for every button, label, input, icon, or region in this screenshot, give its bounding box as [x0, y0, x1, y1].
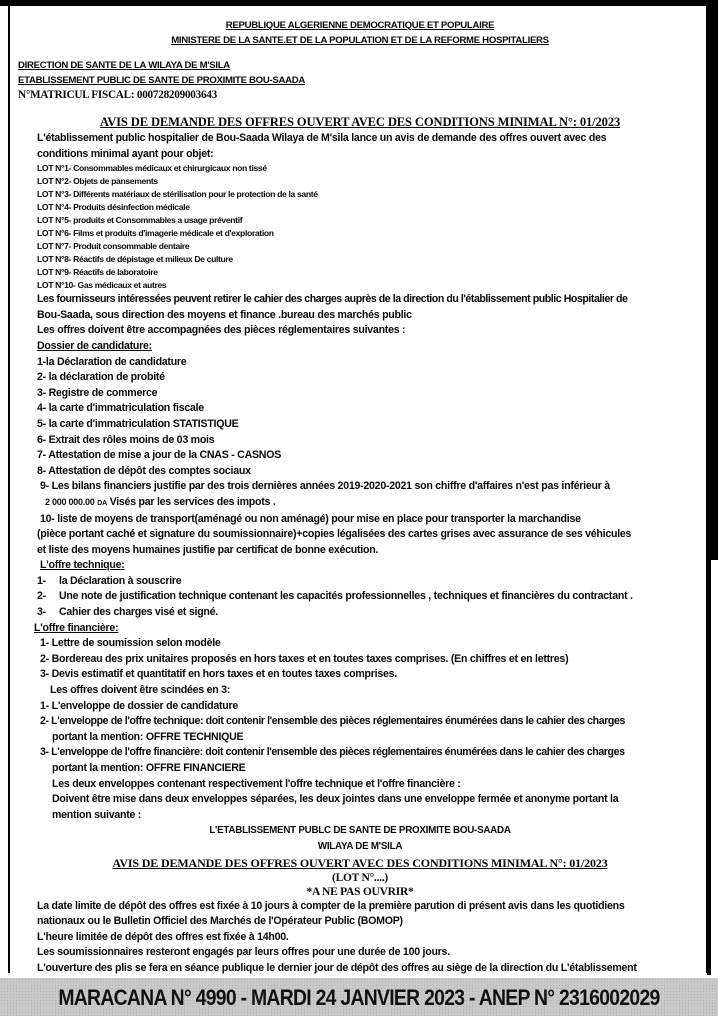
- ministry-header: MINISTERE DE LA SANTE.ET DE LA POPULATIO…: [10, 33, 710, 48]
- financial-item: 2- Bordereau des prix unitaires proposés…: [10, 652, 710, 668]
- announcement-page: REPUBLIQUE ALGERIENNE DEMOCRATIQUE ET PO…: [8, 6, 708, 973]
- dossier-item: 2- la déclaration de probité: [10, 370, 710, 386]
- amount-note: Visés par les services des impots .: [110, 496, 276, 508]
- technical-item: 1- la Déclaration à souscrire: [10, 574, 710, 590]
- direction-header: DIRECTION DE SANTE DE LA WILAYA DE M'SIL…: [10, 58, 710, 73]
- envelope-label-block: L'ETABLISSEMENT PUBLC DE SANTE DE PROXIM…: [10, 823, 710, 898]
- lots-list: LOT N°1- Consommables médicaux et chirur…: [10, 162, 710, 292]
- dossier-item: 6- Extrait des rôles moins de 03 mois: [10, 433, 710, 449]
- lot-item: LOT N°3- Différents matériaux de stérili…: [10, 188, 710, 201]
- dossier-item: 3- Registre de commerce: [10, 386, 710, 402]
- dossier-heading: Dossier de candidature:: [10, 339, 710, 355]
- dossier-item-10-line: et liste des moyens humaines justifie pa…: [10, 543, 710, 559]
- dossier-item-10-line: 10- liste de moyens de transport(aménagé…: [10, 512, 710, 528]
- dossier-item-10-line: (pièce portant caché et signature du sou…: [10, 527, 710, 543]
- lot-item: LOT N°6- Films et produits d'imagerie mé…: [10, 227, 710, 240]
- lot-item: LOT N°2- Objets de pansements: [10, 175, 710, 188]
- notice-title: AVIS DE DEMANDE DES OFFRES OUVERT AVEC D…: [10, 113, 710, 131]
- terms-line: L'heure limitée de dépôt des offres est …: [10, 930, 710, 946]
- envelope-item: 1- L'enveloppe de dossier de candidature: [10, 699, 710, 715]
- lot-item: LOT N°8- Réactifs de dépistage et milieu…: [10, 253, 710, 266]
- envelope-establishment: L'ETABLISSEMENT PUBLC DE SANTE DE PROXIM…: [10, 823, 710, 839]
- split-note: Les offres doivent être scindées en 3:: [10, 683, 710, 699]
- dossier-item: 8- Attestation de dépôt des comptes soci…: [10, 464, 710, 480]
- envelope-item: 3- L'enveloppe de l'offre financière: do…: [10, 745, 710, 761]
- dossier-item-10: 10- liste de moyens de transport(aménagé…: [10, 512, 710, 559]
- intro-line-1: L'établissement public hospitalier de Bo…: [10, 131, 710, 147]
- retrieval-line-1: Les fournisseurs intéressées peuvent ret…: [10, 292, 710, 308]
- republic-header: REPUBLIQUE ALGERIENNE DEMOCRATIQUE ET PO…: [10, 18, 710, 33]
- lot-item: LOT N°7- Produit consommable dentaire: [10, 240, 710, 253]
- lot-item: LOT N°10- Gas médicaux et autres: [10, 279, 710, 292]
- financial-item: 1- Lettre de soumission selon modèle: [10, 636, 710, 652]
- lot-item: LOT N°1- Consommables médicaux et chirur…: [10, 162, 710, 175]
- lot-item: LOT N°9- Réactifs de laboratoire: [10, 266, 710, 279]
- terms-line: La date limite de dépôt des offres est f…: [10, 899, 710, 915]
- envelope-title: AVIS DE DEMANDE DES OFFRES OUVERT AVEC D…: [10, 855, 710, 871]
- terms-line: L'ouverture des plis se fera en séance p…: [10, 961, 710, 977]
- dossier-item: 5- la carte d'immatriculation STATISTIQU…: [10, 417, 710, 433]
- dossier-item: 7- Attestation de mise a jour de la CNAS…: [10, 448, 710, 464]
- dossier-item-9-amount-line: 2 000 000.00 DA Visés par les services d…: [10, 495, 710, 512]
- envelope-lot: (LOT N°....): [10, 871, 710, 885]
- intro-line-2: conditions minimal ayant pour objet:: [10, 147, 710, 163]
- fiscal-matricule: N°MATRICUL FISCAL: 000728209003643: [10, 88, 710, 103]
- closing-line: Les deux enveloppes contenant respective…: [10, 777, 710, 793]
- lot-item: LOT N°5- produits et Consommables a usag…: [10, 214, 710, 227]
- financial-offer-heading: L'offre financière:: [10, 621, 710, 637]
- technical-item: 3- Cahier des charges visé et signé.: [10, 605, 710, 621]
- amount-value: 2 000 000.00: [45, 497, 95, 507]
- closing-line: Doivent être mise dans deux enveloppes s…: [10, 792, 710, 808]
- envelope-mention: portant la mention: OFFRE FINANCIERE: [10, 761, 710, 777]
- retrieval-line-3: Les offres doivent être accompagnées des…: [10, 323, 710, 339]
- dossier-item: 1-la Déclaration de candidature: [10, 355, 710, 371]
- announcement-document: REPUBLIQUE ALGERIENNE DEMOCRATIQUE ET PO…: [10, 6, 710, 992]
- terms-line: Les soumissionnaires resteront engagés p…: [10, 945, 710, 961]
- financial-item: 3- Devis estimatif et quantitatif en hor…: [10, 667, 710, 683]
- do-not-open-warning: *A NE PAS OUVRIR*: [10, 885, 710, 899]
- retrieval-line-2: Bou-Saada, sous direction des moyens et …: [10, 308, 710, 324]
- terms-line: nationaux ou le Bulletin Officiel des Ma…: [10, 914, 710, 930]
- closing-line: mention suivante :: [10, 808, 710, 824]
- envelope-wilaya: WILAYA DE M'SILA: [10, 839, 710, 855]
- lot-item: LOT N°4- Produits désinfection médicale: [10, 201, 710, 214]
- envelope-mention: portant la mention: OFFRE TECHNIQUE: [10, 730, 710, 746]
- technical-offer-heading: L'offre technique:: [10, 558, 710, 574]
- financial-offer-list: 1- Lettre de soumission selon modèle 2- …: [10, 636, 710, 823]
- dossier-list: 1-la Déclaration de candidature 2- la dé…: [10, 355, 710, 559]
- technical-item: 2- Une note de justification technique c…: [10, 589, 710, 605]
- technical-offer-list: 1- la Déclaration à souscrire 2- Une not…: [10, 574, 710, 621]
- dossier-item: 4- la carte d'immatriculation fiscale: [10, 401, 710, 417]
- establishment-header: ETABLISSEMENT PUBLIC DE SANTE DE PROXIMI…: [10, 73, 710, 88]
- dossier-item: 9- Les bilans financiers justifie par de…: [10, 479, 710, 495]
- publication-reference: MARACANA N° 4990 - MARDI 24 JANVIER 2023…: [43, 978, 675, 1016]
- envelope-item: 2- L'enveloppe de l'offre technique: doi…: [10, 714, 710, 730]
- currency-label: DA: [97, 500, 107, 507]
- publication-footer: MARACANA N° 4990 - MARDI 24 JANVIER 2023…: [0, 978, 718, 1024]
